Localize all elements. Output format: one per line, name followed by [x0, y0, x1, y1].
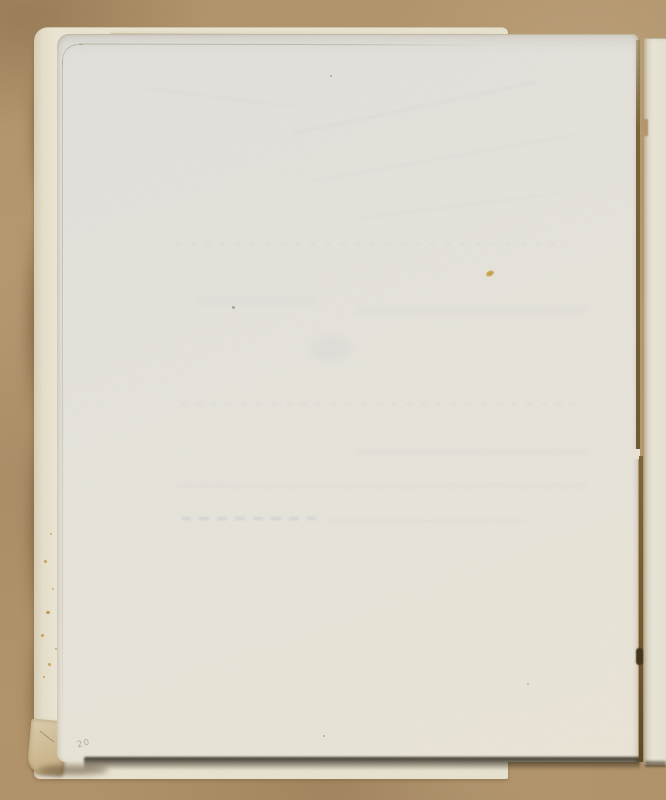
foxing-spot [485, 270, 494, 278]
show-through-smudge [357, 307, 587, 314]
foxing-speck [43, 676, 45, 678]
gutter-dark-mark [636, 648, 643, 665]
show-through-line [175, 243, 567, 245]
foxing-speck [52, 588, 54, 590]
show-through-stroke [292, 81, 537, 135]
pencil-inscription: 20 [76, 738, 91, 751]
show-through-stroke [147, 88, 296, 108]
show-through-smudge [197, 297, 317, 305]
page-crease-top [79, 44, 499, 46]
foxing-speck [48, 663, 51, 666]
dark-speck [232, 306, 235, 309]
dark-speck [323, 735, 325, 737]
facing-page-edge [644, 38, 666, 765]
page-bottom-shadow [84, 757, 640, 770]
dark-speck [527, 683, 529, 685]
foxing-speck [44, 560, 47, 563]
page-crease-corner [62, 44, 83, 65]
show-through-blue-stroke [181, 517, 316, 520]
facing-page-shadow [645, 761, 666, 767]
dark-speck [330, 75, 332, 77]
binding-gutter-lower [639, 456, 643, 762]
show-through-blob [309, 335, 353, 363]
show-through-stroke [358, 193, 557, 219]
binding-gutter-upper [636, 40, 640, 454]
show-through-writing [357, 449, 587, 454]
foxing-speck [50, 533, 52, 535]
facing-page-notch [643, 119, 648, 136]
page-crease-left [62, 61, 63, 749]
show-through-stroke [311, 134, 575, 183]
foxing-speck [46, 611, 50, 614]
show-through-line [181, 403, 577, 405]
sketchbook-photo: 20 [0, 0, 666, 800]
show-through-writing [177, 483, 587, 488]
sketchbook-page: 20 [57, 34, 638, 762]
foxing-speck [41, 634, 44, 637]
show-through-stroke [327, 519, 527, 522]
